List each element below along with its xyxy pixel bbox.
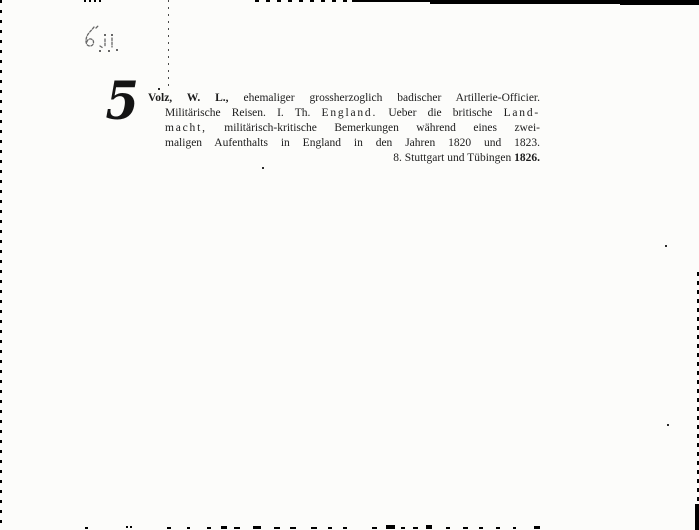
page-crease-dotted-line	[168, 0, 169, 88]
pencil-note-mark	[83, 25, 125, 57]
scan-top-bar-thick	[430, 0, 699, 4]
entry-line-2-text-b: Ueber die britische	[388, 107, 492, 119]
imprint-text: 8. Stuttgart und Tübingen	[393, 152, 511, 164]
author-name: Volz, W. L.,	[148, 92, 229, 104]
entry-imprint: 8. Stuttgart und Tübingen 1826.	[165, 151, 540, 166]
entry-line-1: Volz, W. L., ehemaliger grossherzoglich …	[148, 91, 540, 106]
entry-line-2-spaced-a: England.	[322, 107, 378, 119]
ink-speck	[262, 167, 264, 169]
entry-number: 5	[105, 76, 138, 128]
entry-line-3-spaced: macht,	[165, 122, 207, 134]
scan-top-bar-right	[620, 0, 699, 5]
scan-top-bar	[352, 0, 699, 2]
imprint-year: 1826.	[514, 152, 540, 164]
scan-corner-blob	[695, 504, 699, 530]
entry-line-2-text-a: Militärische Reisen. I. Th.	[165, 107, 310, 119]
ink-speck	[667, 424, 669, 426]
entry-line-2-spaced-b: Land-	[504, 107, 540, 119]
scanned-catalog-page: { "page": { "background_color": "#fcfcfa…	[0, 0, 699, 530]
entry-line-3-text: militärisch-kritische Bemerkungen währen…	[224, 122, 540, 134]
entry-line-3: macht, militärisch-kritische Bemerkungen…	[165, 121, 540, 136]
ink-speck	[158, 88, 160, 90]
bibliographic-entry: Volz, W. L., ehemaliger grossherzoglich …	[165, 91, 540, 166]
entry-line-1-text: ehemaliger grossherzoglich badischer Art…	[244, 92, 541, 104]
entry-line-2: Militärische Reisen. I. Th. England. Ueb…	[165, 106, 540, 121]
ink-speck	[665, 245, 667, 247]
entry-line-4: maligen Aufenthalts in England in den Ja…	[165, 136, 540, 151]
scan-top-dotted	[255, 0, 355, 2]
entry-line-4-text: maligen Aufenthalts in England in den Ja…	[165, 137, 540, 149]
cut-off-text-fragments	[80, 525, 550, 530]
scan-edge-left	[0, 0, 2, 530]
scan-top-dots	[84, 0, 102, 2]
